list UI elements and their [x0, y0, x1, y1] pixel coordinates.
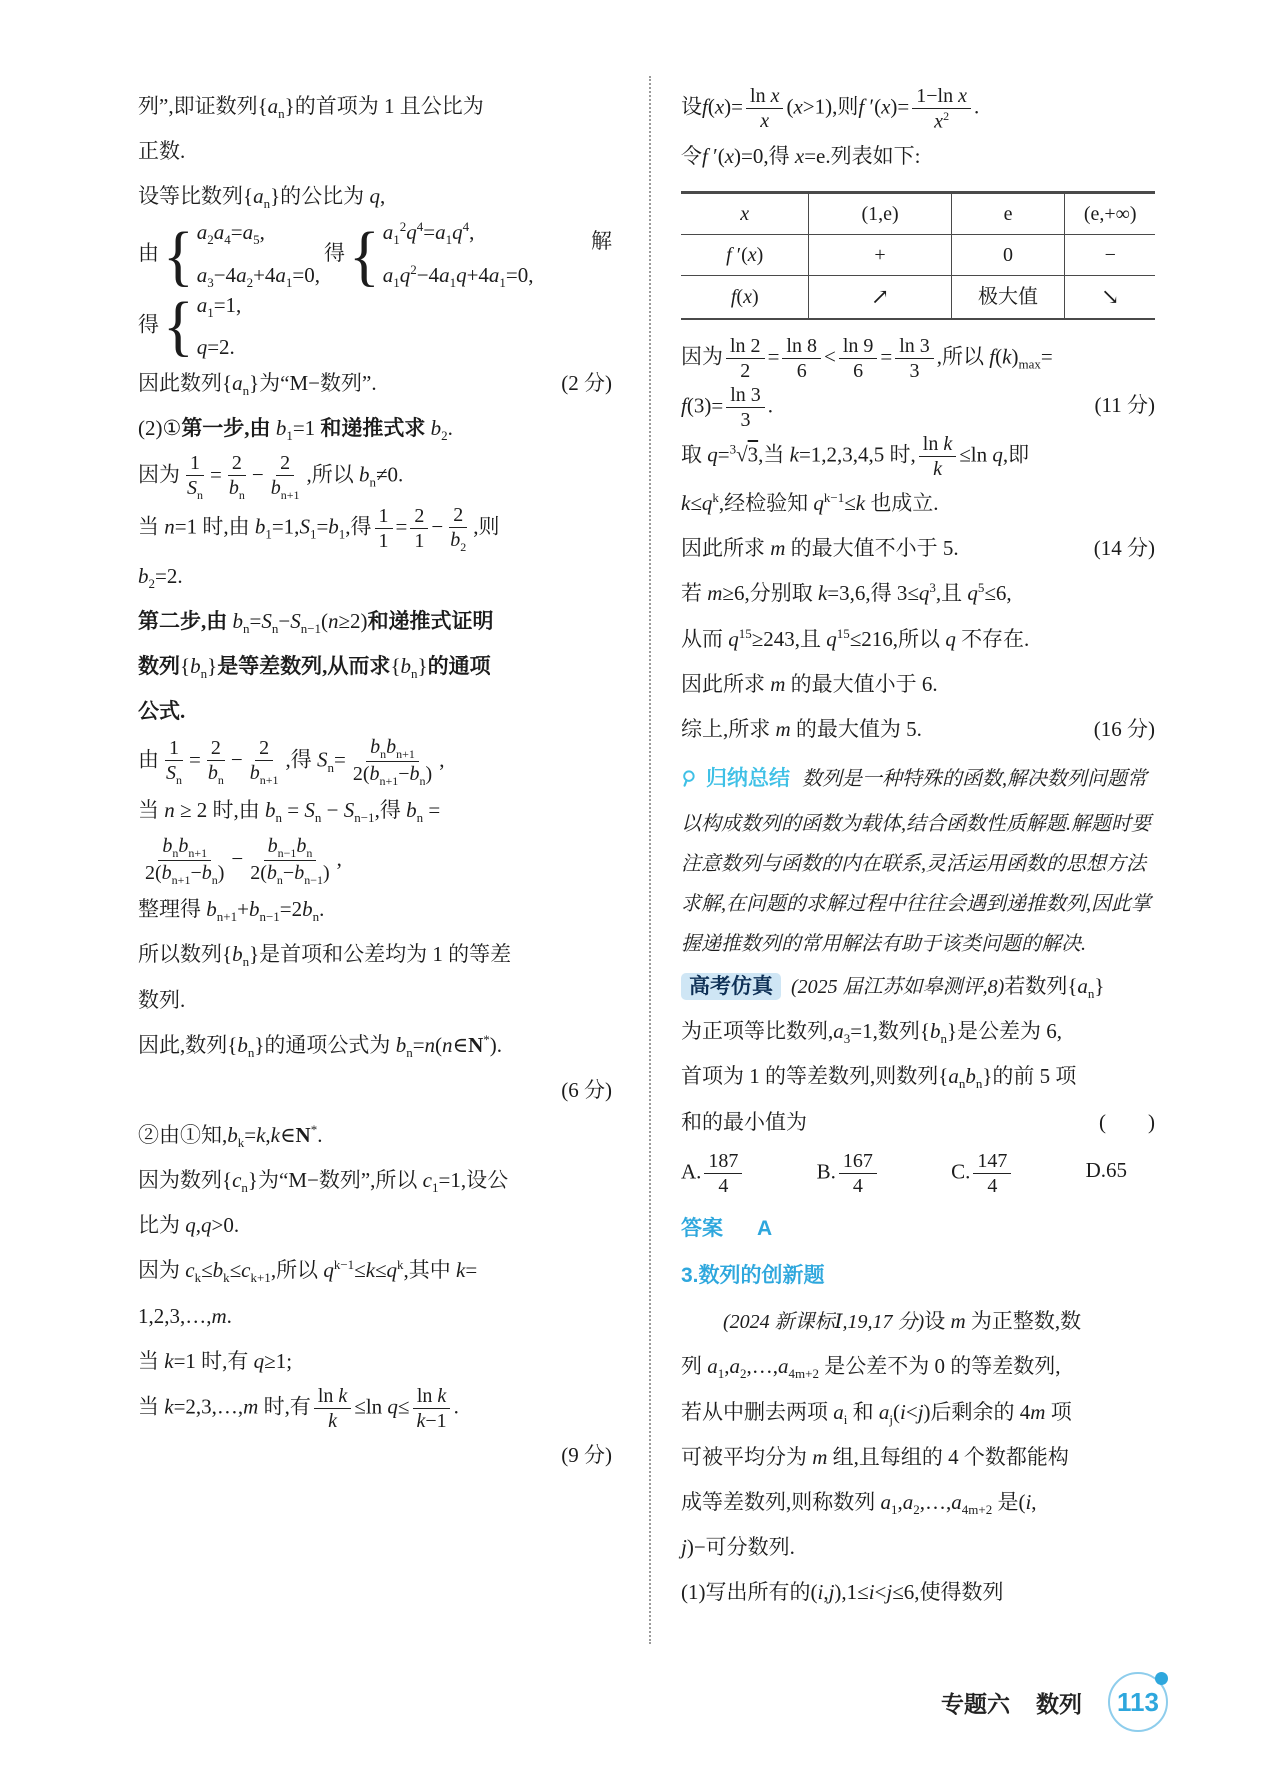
text-line: 求解,在问题的求解过程中往往会遇到递推数列,因此掌 [681, 884, 1155, 924]
text-line: (9 分) [138, 1433, 612, 1478]
page-number-badge: 113 [1108, 1672, 1168, 1732]
text-line: j)−可分数列. [681, 1525, 1155, 1570]
table-row: f(x) ↗ 极大值 ↘ [681, 275, 1155, 319]
text-line: 综上,所求 m 的最大值为 5.(16 分) [681, 707, 1155, 752]
page-footer: 专题六 数列 113 [941, 1672, 1168, 1732]
text-line: 因为1Sn=2bn−2bn+1,所以 bn≠0. [138, 451, 612, 502]
text-line: 当 n ≥ 2 时,由 bn = Sn − Sn−1,得 bn = [138, 788, 612, 833]
text-line: 为正项等比数列,a3=1,数列{bn}是公差为 6, [681, 1009, 1155, 1054]
f-trend-down-icon: ↘ [1065, 275, 1155, 319]
f-max-label: 极大值 [951, 275, 1065, 319]
gaokao-question-lines: 为正项等比数列,a3=1,数列{bn}是公差为 6,首项为 1 的等差数列,则数… [681, 1009, 1155, 1144]
left-column: 列”,即证数列{an}的首项为 1 且公比为正数.设等比数列{an}的公比为 q… [138, 84, 612, 1478]
text-line: 得{a1=1,q=2. [138, 292, 612, 361]
text-line: 数列{bn}是等差数列,从而求{bn}的通项 [138, 644, 612, 689]
problem-lines: (2024 新课标Ⅰ,19,17 分)设 m 为正整数,数列 a1,a2,…,a… [681, 1299, 1155, 1615]
footer-topic-label: 数列 [1036, 1686, 1082, 1719]
text-line: 若从中删去两项 ai 和 aj(i<j)后剩余的 4m 项 [681, 1390, 1155, 1435]
text-line: f(3)=ln 33.(11 分) [681, 383, 1155, 432]
badge-dot-icon [1155, 1672, 1168, 1685]
text-line: 当 n=1 时,由 b1=1,S1=b1,得11=21−2b2,则 [138, 503, 612, 554]
text-line: 因此所求 m 的最大值不小于 5.(14 分) [681, 526, 1155, 571]
text-line: 首项为 1 的等差数列,则数列{anbn}的前 5 项 [681, 1054, 1155, 1099]
textbook-page: 列”,即证数列{an}的首项为 1 且公比为正数.设等比数列{an}的公比为 q… [0, 0, 1276, 1790]
text-line: 因为数列{cn}为“M−数列”,所以 c1=1,设公 [138, 1158, 612, 1203]
text-line: 正数. [138, 129, 612, 174]
text-line: 设等比数列{an}的公比为 q, [138, 174, 612, 219]
text-line: 从而 q15≥243,且 q15≤216,所以 q 不存在. [681, 617, 1155, 662]
magnifier-icon [681, 769, 700, 793]
text-line: 所以数列{bn}是首项和公差均为 1 的等差 [138, 932, 612, 977]
table-header-interval-1: (1,e) [809, 192, 951, 234]
text-line: 列”,即证数列{an}的首项为 1 且公比为 [138, 84, 612, 129]
summary-label: 归纳总结 [706, 767, 790, 790]
text-line: 数列. [138, 978, 612, 1023]
text-line: 公式. [138, 689, 612, 734]
text-line: 设f(x)=ln xx(x>1),则f ′(x)=1−ln xx2. [681, 84, 1155, 134]
gaokao-label: 高考仿真 [681, 973, 781, 1000]
text-line: bnbn+12(bn+1−bn)−bn−1bn2(bn−bn−1), [138, 834, 612, 888]
answer-options: A.1874B.1674C.1474D.65 [681, 1149, 1155, 1198]
text-line: 成等差数列,则称数列 a1,a2,…,a4m+2 是(i, [681, 1480, 1155, 1525]
solution-after-table-lines: 因为ln 22=ln 86<ln 96=ln 33,所以 f(k)max=f(3… [681, 334, 1155, 752]
text-line: 整理得 bn+1+bn−1=2bn. [138, 887, 612, 932]
text-line: 由{a2a4=a5,a3−4a2+4a1=0,得{a12q4=a1q4,a1q2… [138, 219, 612, 291]
text-line: 因此,数列{bn}的通项公式为 bn=n(n∈N*). [138, 1023, 612, 1068]
answer-value: A [757, 1217, 772, 1240]
text-line: 握递推数列的常用解法有助于该类问题的解决. [681, 924, 1155, 964]
answer-option: C.1474 [951, 1149, 1014, 1198]
summary-continuation: 以构成数列的函数为载体,结合函数性质解题.解题时要注意数列与函数的内在联系,灵活… [681, 804, 1155, 964]
text-line: 因此所求 m 的最大值小于 6. [681, 662, 1155, 707]
text-line: 列 a1,a2,…,a4m+2 是公差不为 0 的等差数列, [681, 1344, 1155, 1389]
gaokao-source: (2025 届江苏如皋测评,8) [791, 976, 1004, 998]
gaokao-first-line: 高考仿真(2025 届江苏如皋测评,8)若数列{an} [681, 964, 1155, 1009]
f-trend-up-icon: ↗ [809, 275, 951, 319]
text-line: 第二步,由 bn=Sn−Sn−1(n≥2)和递推式证明 [138, 599, 612, 644]
fprime-sign-3: − [1065, 234, 1155, 275]
text-line: 1,2,3,…,m. [138, 1294, 612, 1339]
text-line: 以构成数列的函数为载体,结合函数性质解题.解题时要 [681, 804, 1155, 844]
text-line: k≤qk,经检验知 qk−1≤k 也成立. [681, 481, 1155, 526]
section-3-heading: 3.数列的创新题 [681, 1253, 1155, 1299]
text-line: 由1Sn=2bn−2bn+1,得 Sn=bnbn+12(bn+1−bn), [138, 735, 612, 789]
text-line: (2024 新课标Ⅰ,19,17 分)设 m 为正整数,数 [681, 1299, 1155, 1344]
gaokao-block: 高考仿真(2025 届江苏如皋测评,8)若数列{an} 为正项等比数列,a3=1… [681, 964, 1155, 1253]
table-row: f ′(x) + 0 − [681, 234, 1155, 275]
text-line: 可被平均分为 m 组,且每组的 4 个数都能构 [681, 1435, 1155, 1480]
text-line: 取 q=3√3,当 k=1,2,3,4,5 时,ln kk≤ln q,即 [681, 432, 1155, 481]
f-label: f(x) [681, 275, 809, 319]
column-divider [649, 76, 651, 1644]
answer-line: 答案A [681, 1204, 1155, 1253]
text-line: ②由①知,bk=k,k∈N*. [138, 1113, 612, 1158]
text-line: 和的最小值为( ) [681, 1100, 1155, 1145]
fprime-label: f ′(x) [681, 234, 809, 275]
table-header-x: x [681, 192, 809, 234]
text-line: 因为ln 22=ln 86<ln 96=ln 33,所以 f(k)max= [681, 334, 1155, 383]
text-line: b2=2. [138, 554, 612, 599]
fprime-sign-1: + [809, 234, 951, 275]
gaokao-question-start: 若数列{an} [1004, 974, 1104, 998]
text-line: 若 m≥6,分别取 k=3,6,得 3≤q3,且 q5≤6, [681, 571, 1155, 616]
text-line: (6 分) [138, 1068, 612, 1113]
text-line: 因为 ck≤bk≤ck+1,所以 qk−1≤k≤qk,其中 k= [138, 1248, 612, 1293]
text-line: 因此数列{an}为“M−数列”.(2 分) [138, 361, 612, 406]
summary-text-start: 数列是一种特殊的函数,解决数列问题常 [802, 768, 1147, 790]
text-line: (1)写出所有的(i,j),1≤i<j≤6,使得数列 [681, 1570, 1155, 1615]
text-line: 比为 q,q>0. [138, 1203, 612, 1248]
text-line: 当 k=1 时,有 q≥1; [138, 1339, 612, 1384]
answer-option: D.65 [1086, 1149, 1127, 1198]
monotonicity-table: x (1,e) e (e,+∞) f ′(x) + 0 − f(x) ↗ 极大值… [681, 191, 1155, 320]
summary-note: 归纳总结数列是一种特殊的函数,解决数列问题常 以构成数列的函数为载体,结合函数性… [681, 756, 1155, 964]
answer-label: 答案 [681, 1217, 723, 1240]
footer-section-label: 专题六 [941, 1686, 1010, 1719]
text-line: 注意数列与函数的内在联系,灵活运用函数的思想方法 [681, 844, 1155, 884]
table-row: x (1,e) e (e,+∞) [681, 192, 1155, 234]
page-number: 113 [1117, 1687, 1159, 1718]
right-column: 设f(x)=ln xx(x>1),则f ′(x)=1−ln xx2.令f ′(x… [681, 84, 1155, 1615]
summary-first-line: 归纳总结数列是一种特殊的函数,解决数列问题常 [681, 756, 1155, 804]
answer-option: B.1674 [817, 1149, 880, 1198]
table-header-interval-2: (e,+∞) [1065, 192, 1155, 234]
text-line: 当 k=2,3,…,m 时,有ln kk≤ln q≤ln kk−1. [138, 1384, 612, 1433]
text-line: (2)①第一步,由 b1=1 和递推式求 b2. [138, 406, 612, 451]
solution-intro-lines: 设f(x)=ln xx(x>1),则f ′(x)=1−ln xx2.令f ′(x… [681, 84, 1155, 179]
answer-option: A.1874 [681, 1149, 745, 1198]
fprime-sign-2: 0 [951, 234, 1065, 275]
text-line: 令f ′(x)=0,得 x=e.列表如下: [681, 134, 1155, 179]
table-header-e: e [951, 192, 1065, 234]
